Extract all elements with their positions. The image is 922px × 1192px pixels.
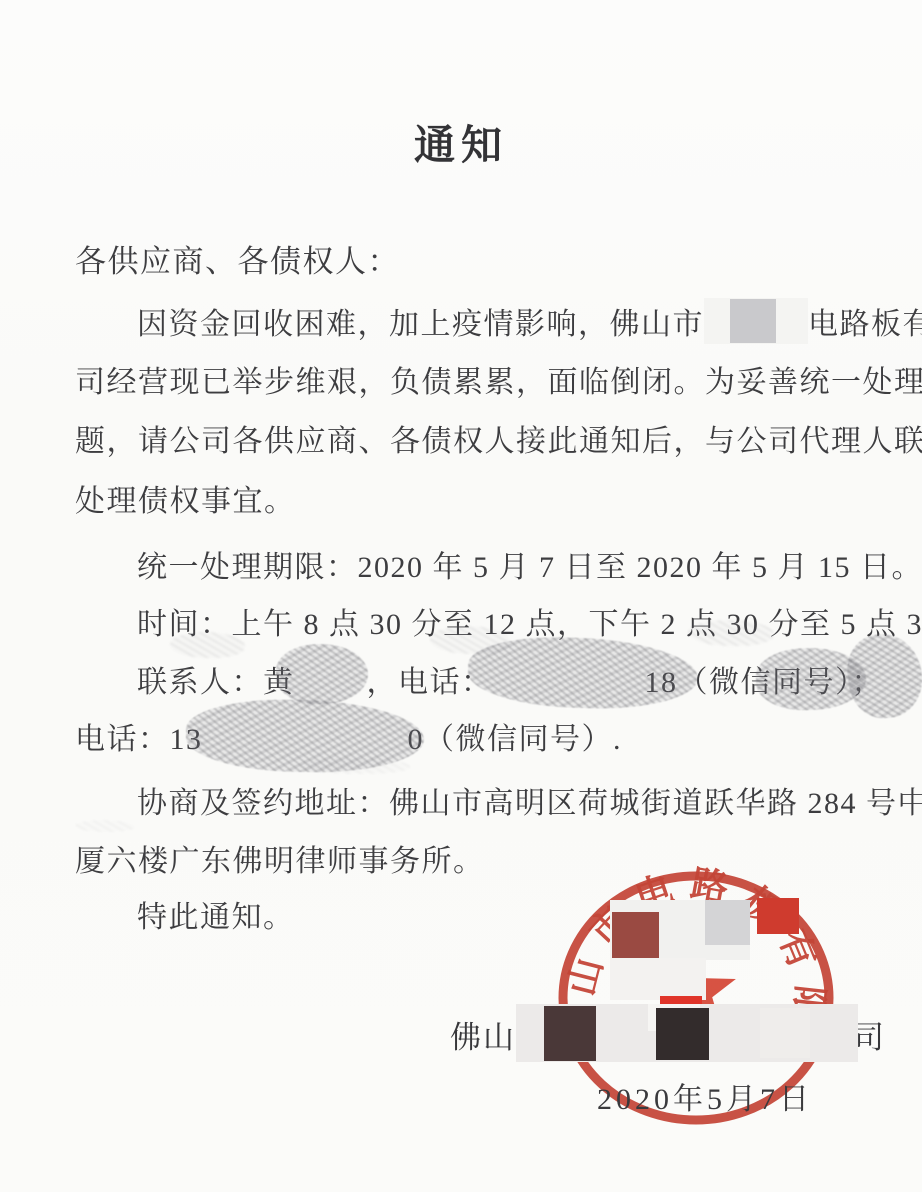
- hours-line: 时间：上午 8 点 30 分至 12 点，下午 2 点 30 分至 5 点 30…: [137, 599, 922, 643]
- pencil-smudge: [688, 620, 774, 646]
- signature-censor-mosaic: [544, 1006, 596, 1061]
- pencil-smudge: [430, 626, 510, 654]
- phone2-label: 电话：13: [75, 723, 203, 756]
- pencil-smudge: [300, 758, 410, 774]
- seal-censor-mosaic: [610, 958, 706, 1000]
- address-line-1: 协商及签约地址：佛山市高明区荷城街道跃华路 284 号中意大: [137, 778, 922, 822]
- salutation: 各供应商、各债权人：: [75, 236, 400, 281]
- signature-date: 2020年5月7日: [597, 1074, 813, 1118]
- pencil-smudge: [170, 632, 245, 658]
- closing-line: 特此通知。: [137, 892, 295, 936]
- pencil-smudge: [75, 820, 135, 832]
- scanned-notice-page: 通知 各供应商、各债权人： 因资金回收困难，加上疫情影响，佛山市电路板有限公 司…: [0, 0, 922, 1192]
- document-title: 通知: [0, 112, 922, 171]
- signature-censor-mosaic: [656, 1008, 709, 1060]
- body-line-1: 因资金回收困难，加上疫情影响，佛山市电路板有限公: [137, 298, 922, 344]
- contact-label: 联系人：黄: [137, 666, 295, 699]
- address-line-2: 厦六楼广东佛明律师事务所。: [75, 836, 485, 880]
- body-line-1-pre: 因资金回收困难，加上疫情影响，佛山市: [137, 308, 704, 341]
- seal-censor-mosaic: [612, 912, 659, 958]
- body-line-3: 题，请公司各供应商、各债权人接此通知后，与公司代理人联系协商: [75, 416, 922, 460]
- phone2-suffix: （微信同号）.: [424, 723, 622, 756]
- deadline-line: 统一处理期限：2020 年 5 月 7 日至 2020 年 5 月 15 日。: [137, 542, 922, 586]
- company-name-censor-mosaic: [704, 298, 808, 344]
- body-line-2: 司经营现已举步维艰，负债累累，面临倒闭。为妥善统一处理债务问: [75, 357, 922, 401]
- body-line-1-post: 电路板有限公: [808, 308, 922, 341]
- seal-censor-mosaic: [705, 900, 750, 945]
- seal-censor-mosaic: [757, 898, 799, 934]
- body-line-4: 处理债权事宜。: [75, 476, 296, 520]
- signature-censor-mosaic: [760, 1008, 810, 1058]
